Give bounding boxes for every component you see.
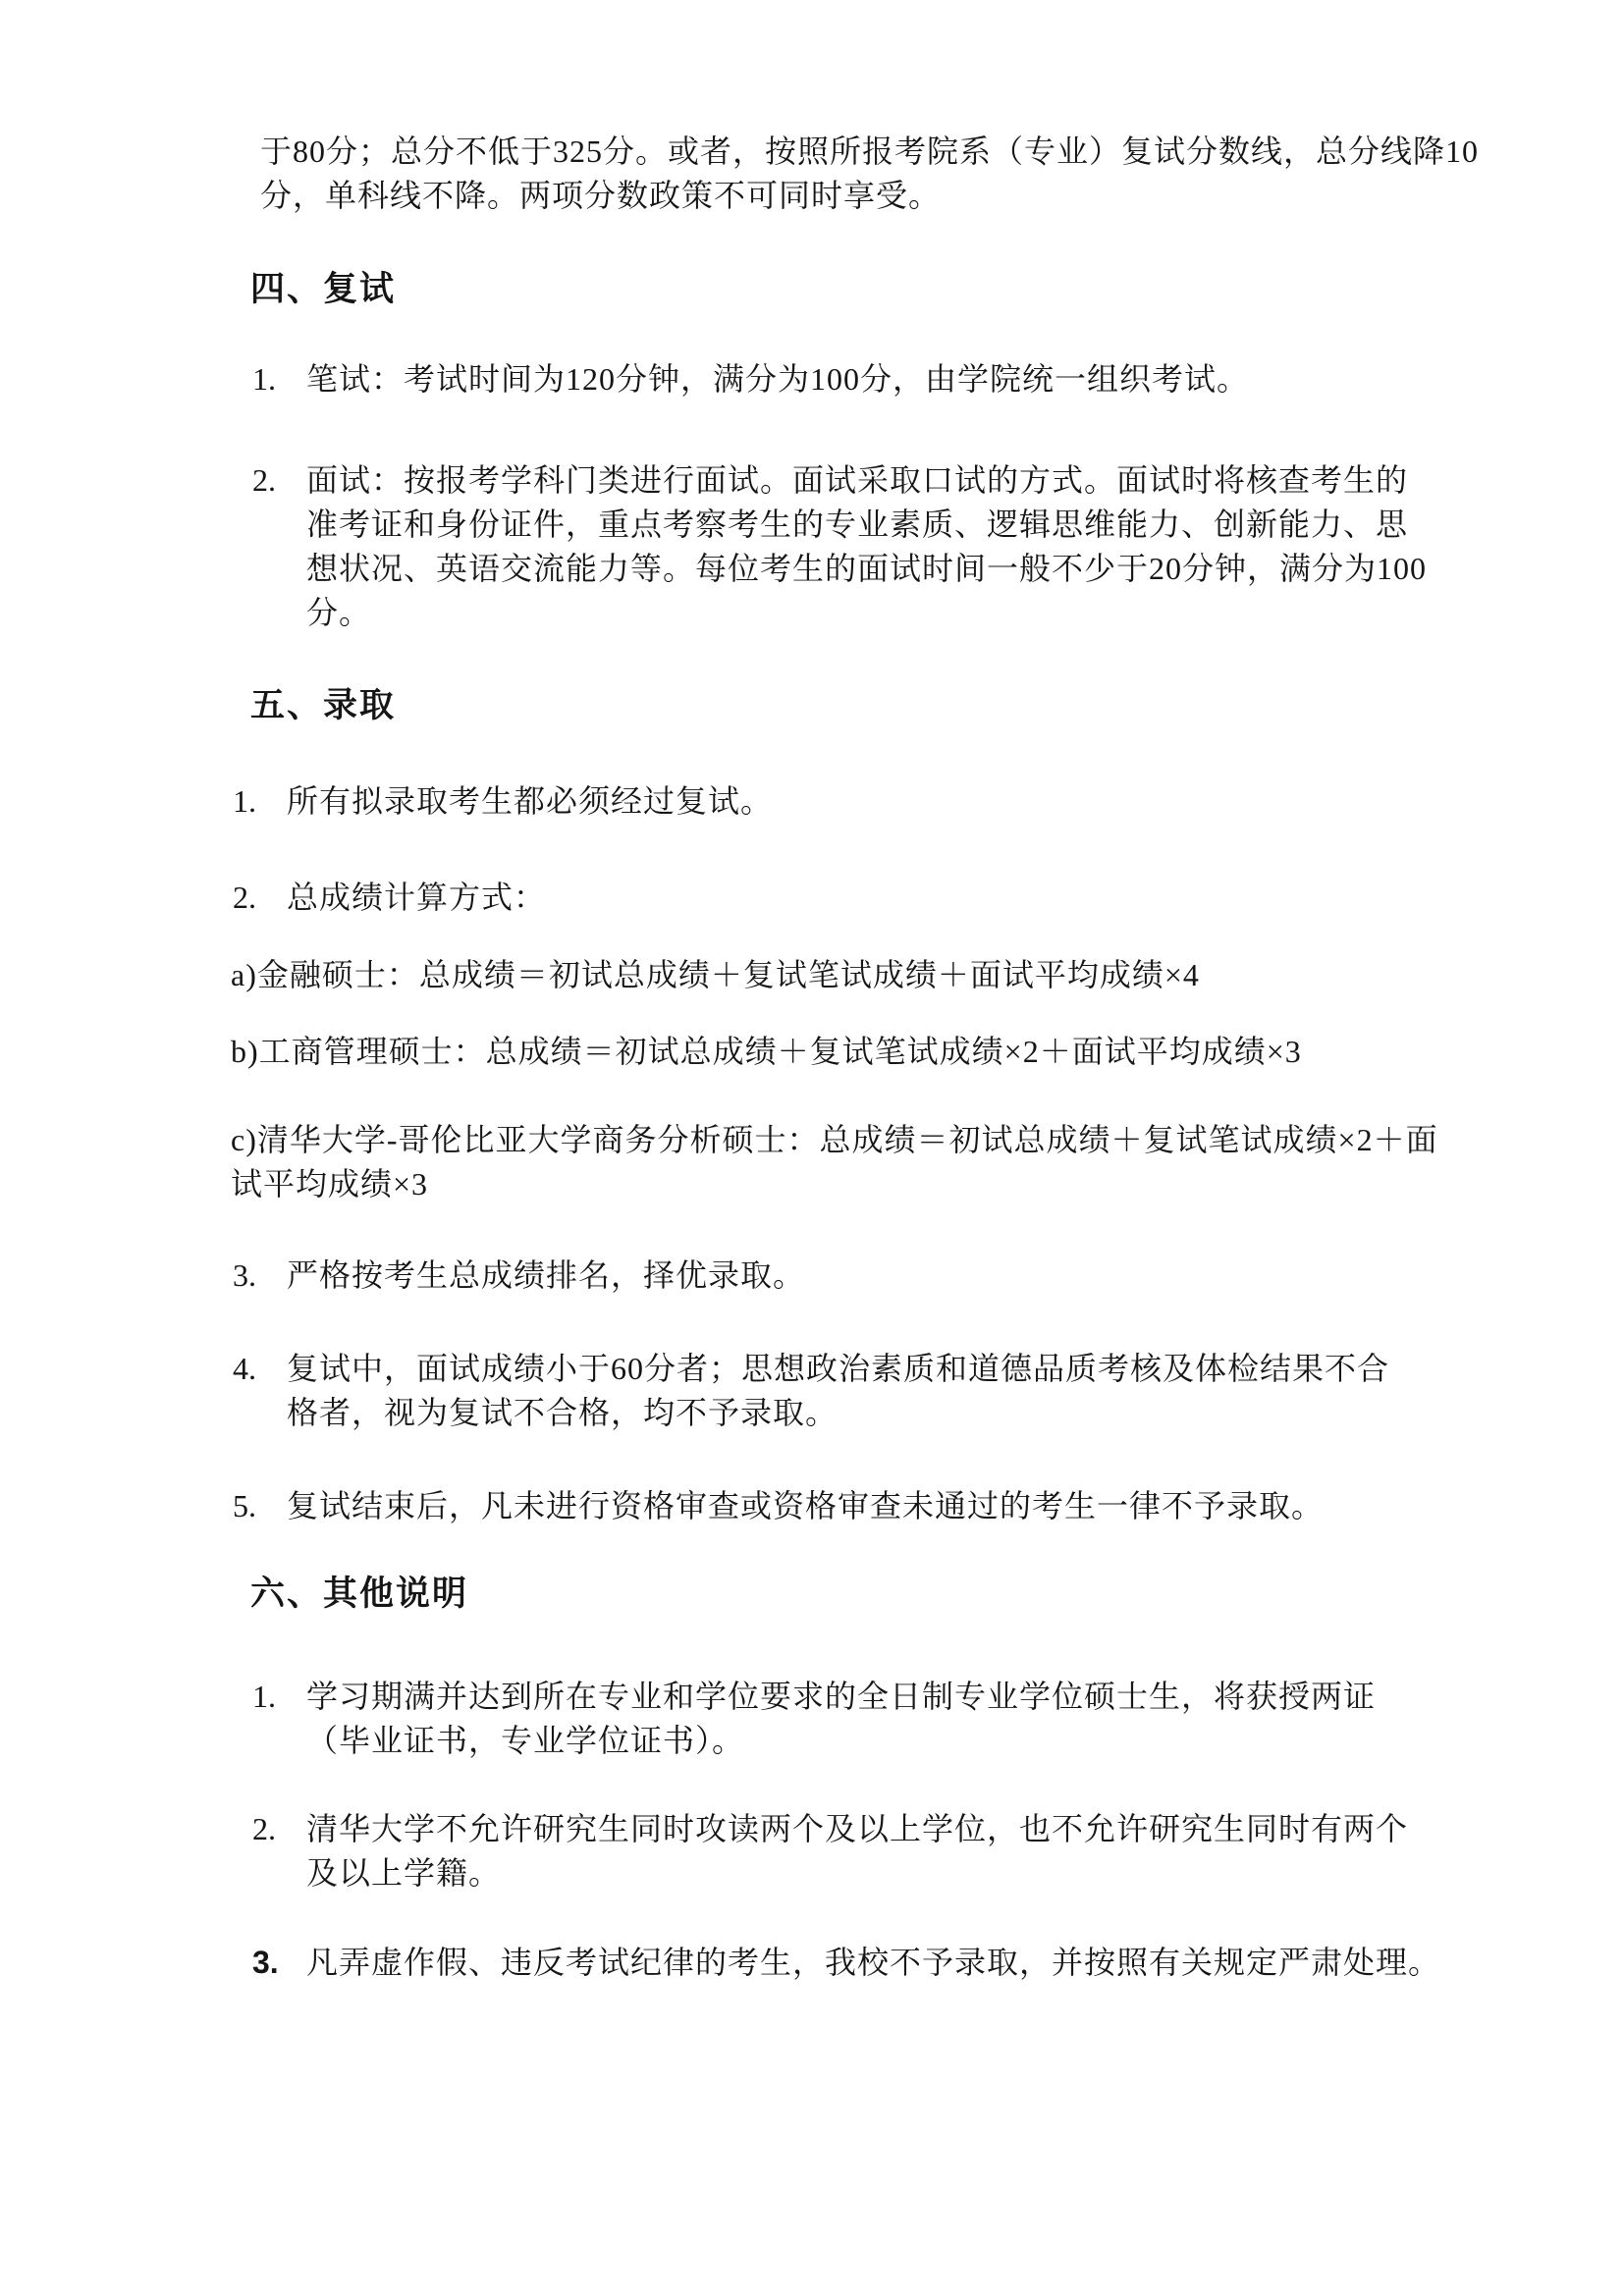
text-line: 格者，视为复试不合格，均不予录取。 [287,1391,1624,1435]
intro-paragraph: 于80分；总分不低于325分。或者，按照所报考院系（专业）复试分数线，总分线降1… [260,130,1624,218]
list-item: 2. 面试：按报考学科门类进行面试。面试采取口试的方式。面试时将核查考生的 准考… [306,458,1624,635]
document-page: 于80分；总分不低于325分。或者，按照所报考院系（专业）复试分数线，总分线降1… [0,0,1624,2296]
item-number: 3. [252,1941,279,1985]
text-line: 面试：按报考学科门类进行面试。面试采取口试的方式。面试时将核查考生的 [306,458,1624,503]
section-heading-qita: 六、其他说明 [250,1572,1624,1616]
formula-mba: b)工商管理硕士：总成绩＝初试总成绩＋复试笔试成绩×2＋面试平均成绩×3 [231,1030,1624,1074]
text-line: 于80分；总分不低于325分。或者，按照所报考院系（专业）复试分数线，总分线降1… [260,130,1624,174]
list-item: 5. 复试结束后，凡未进行资格审查或资格审查未通过的考生一律不予录取。 [287,1484,1624,1528]
list-item: 2. 总成绩计算方式： [287,876,1624,920]
text-line: a)金融硕士：总成绩＝初试总成绩＋复试笔试成绩＋面试平均成绩×4 [231,953,1624,997]
text-line: b)工商管理硕士：总成绩＝初试总成绩＋复试笔试成绩×2＋面试平均成绩×3 [231,1030,1624,1074]
item-number: 2. [252,458,276,503]
text-line: 分，单科线不降。两项分数政策不可同时享受。 [260,174,1624,218]
formula-business-analytics: c)清华大学-哥伦比亚大学商务分析硕士：总成绩＝初试总成绩＋复试笔试成绩×2＋面… [231,1118,1624,1206]
text-line: （毕业证书，专业学位证书）。 [306,1719,1624,1763]
text-line: 学习期满并达到所在专业和学位要求的全日制专业学位硕士生，将获授两证 [306,1675,1624,1719]
item-number: 2. [252,1807,276,1851]
text-line: 总成绩计算方式： [287,876,1624,920]
list-item: 2. 清华大学不允许研究生同时攻读两个及以上学位，也不允许研究生同时有两个 及以… [306,1807,1624,1896]
item-number: 2. [233,876,256,920]
text-line: 所有拟录取考生都必须经过复试。 [287,779,1624,824]
text-line: 清华大学不允许研究生同时攻读两个及以上学位，也不允许研究生同时有两个 [306,1807,1624,1851]
item-number: 1. [252,357,276,401]
formula-finance: a)金融硕士：总成绩＝初试总成绩＋复试笔试成绩＋面试平均成绩×4 [231,953,1624,997]
list-item: 3. 严格按考生总成绩排名，择优录取。 [287,1254,1624,1298]
text-line: 笔试：考试时间为120分钟，满分为100分，由学院统一组织考试。 [306,357,1624,401]
item-number: 4. [233,1347,256,1391]
text-line: 凡弄虚作假、违反考试纪律的考生，我校不予录取，并按照有关规定严肃处理。 [306,1941,1624,1985]
section-heading-luqu: 五、录取 [250,683,1624,727]
text-line: 想状况、英语交流能力等。每位考生的面试时间一般不少于20分钟，满分为100 [306,547,1624,591]
list-item: 1. 所有拟录取考生都必须经过复试。 [287,779,1624,824]
item-number: 5. [233,1484,256,1528]
list-item: 3. 凡弄虚作假、违反考试纪律的考生，我校不予录取，并按照有关规定严肃处理。 [306,1941,1624,1985]
text-line: 准考证和身份证件，重点考察考生的专业素质、逻辑思维能力、创新能力、思 [306,503,1624,547]
text-line: c)清华大学-哥伦比亚大学商务分析硕士：总成绩＝初试总成绩＋复试笔试成绩×2＋面 [231,1118,1624,1162]
list-item: 1. 学习期满并达到所在专业和学位要求的全日制专业学位硕士生，将获授两证 （毕业… [306,1675,1624,1763]
section-heading-fushi: 四、复试 [250,267,1624,311]
text-line: 复试中，面试成绩小于60分者；思想政治素质和道德品质考核及体检结果不合 [287,1347,1624,1391]
text-line: 试平均成绩×3 [231,1162,1624,1206]
text-line: 及以上学籍。 [306,1851,1624,1896]
list-item: 1. 笔试：考试时间为120分钟，满分为100分，由学院统一组织考试。 [306,357,1624,401]
text-line: 复试结束后，凡未进行资格审查或资格审查未通过的考生一律不予录取。 [287,1484,1624,1528]
item-number: 1. [233,779,256,824]
text-line: 严格按考生总成绩排名，择优录取。 [287,1254,1624,1298]
item-number: 1. [252,1675,276,1719]
list-item: 4. 复试中，面试成绩小于60分者；思想政治素质和道德品质考核及体检结果不合 格… [287,1347,1624,1435]
text-line: 分。 [306,591,1624,635]
item-number: 3. [233,1254,256,1298]
